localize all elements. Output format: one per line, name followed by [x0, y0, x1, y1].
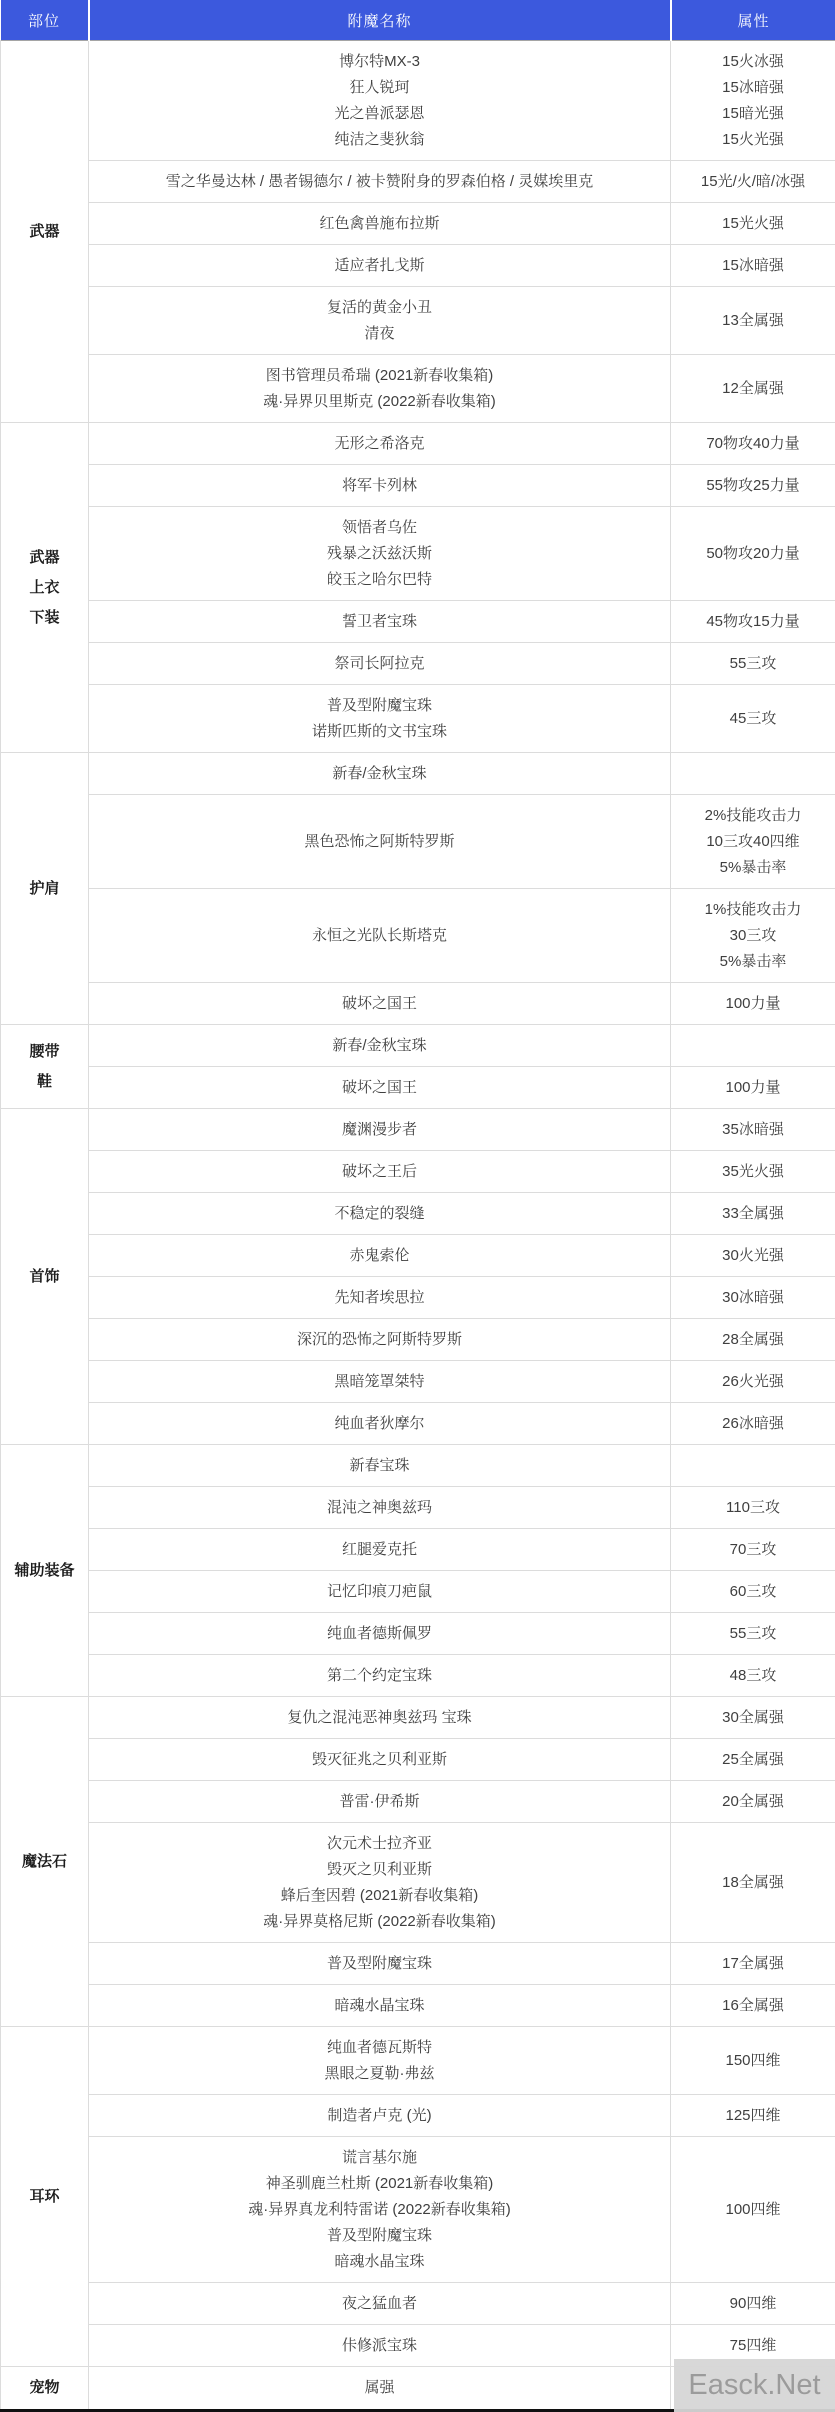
- attr-cell-line: 70三攻: [677, 1537, 829, 1563]
- attr-cell: 30全属强: [671, 1697, 835, 1739]
- table-row: 谎言基尔施神圣驯鹿兰杜斯 (2021新春收集箱)魂·异界真龙利特雷诺 (2022…: [1, 2137, 835, 2283]
- attr-cell-line: 33全属强: [677, 1201, 829, 1227]
- table-row: 红色禽兽施布拉斯15光火强: [1, 203, 835, 245]
- attr-cell-line: 5%暴击率: [677, 855, 829, 881]
- table-row: 护肩新春/金秋宝珠: [1, 753, 835, 795]
- attr-cell: [671, 753, 835, 795]
- name-cell-line: 纯血者德瓦斯特: [95, 2035, 664, 2061]
- name-cell-line: 破坏之王后: [95, 1159, 664, 1185]
- part-cell-line: 护肩: [7, 874, 82, 904]
- part-cell-line: 上衣: [7, 573, 82, 603]
- part-cell-line: 武器: [7, 543, 82, 573]
- name-cell: 毁灭征兆之贝利亚斯: [89, 1739, 671, 1781]
- name-cell-line: 将军卡列林: [95, 473, 664, 499]
- name-cell-line: 祭司长阿拉克: [95, 651, 664, 677]
- attr-cell: 1%技能攻击力30三攻5%暴击率: [671, 889, 835, 983]
- col-header-attr: 属性: [671, 0, 835, 41]
- name-cell: 黑色恐怖之阿斯特罗斯: [89, 795, 671, 889]
- part-cell-line: 鞋: [7, 1067, 82, 1097]
- attr-cell-line: 16全属强: [677, 1993, 829, 2019]
- table-row: 普雷·伊希斯20全属强: [1, 1781, 835, 1823]
- name-cell: 复活的黄金小丑清夜: [89, 287, 671, 355]
- part-cell: 首饰: [1, 1109, 89, 1445]
- attr-cell-line: 48三攻: [677, 1663, 829, 1689]
- attr-cell: 90四维: [671, 2283, 835, 2325]
- name-cell: 红腿爱克托: [89, 1529, 671, 1571]
- table-row: 腰带鞋新春/金秋宝珠: [1, 1025, 835, 1067]
- part-cell-line: 下装: [7, 603, 82, 633]
- table-row: 赤鬼索伦30火光强: [1, 1235, 835, 1277]
- name-cell: 新春/金秋宝珠: [89, 1025, 671, 1067]
- table-row: 永恒之光队长斯塔克1%技能攻击力30三攻5%暴击率: [1, 889, 835, 983]
- name-cell-line: 次元术士拉齐亚: [95, 1831, 664, 1857]
- attr-cell-line: 90四维: [677, 2291, 829, 2317]
- name-cell-line: 适应者扎戈斯: [95, 253, 664, 279]
- attr-cell-line: 25全属强: [677, 1747, 829, 1773]
- attr-cell-line: 75四维: [677, 2333, 829, 2359]
- name-cell-line: 属强: [95, 2375, 664, 2401]
- table-row: 暗魂水晶宝珠16全属强: [1, 1985, 835, 2027]
- table-row: 祭司长阿拉克55三攻: [1, 643, 835, 685]
- table-row: 制造者卢克 (光)125四维: [1, 2095, 835, 2137]
- attr-cell: 26冰暗强: [671, 1403, 835, 1445]
- name-cell-line: 破坏之国王: [95, 991, 664, 1017]
- attr-cell: 125四维: [671, 2095, 835, 2137]
- name-cell: 普及型附魔宝珠诺斯匹斯的文书宝珠: [89, 685, 671, 753]
- attr-cell-line: 150四维: [677, 2048, 829, 2074]
- attr-cell-line: 15火光强: [677, 127, 829, 153]
- watermark: Easck.Net: [674, 2359, 835, 2412]
- attr-cell-line: 15光火强: [677, 211, 829, 237]
- name-cell: 红色禽兽施布拉斯: [89, 203, 671, 245]
- name-cell: 赤鬼索伦: [89, 1235, 671, 1277]
- name-cell-line: 深沉的恐怖之阿斯特罗斯: [95, 1327, 664, 1353]
- attr-cell: 35光火强: [671, 1151, 835, 1193]
- name-cell-line: 混沌之神奥兹玛: [95, 1495, 664, 1521]
- part-cell-line: 魔法石: [7, 1847, 82, 1877]
- name-cell-line: 魔渊漫步者: [95, 1117, 664, 1143]
- table-row: 破坏之王后35光火强: [1, 1151, 835, 1193]
- name-cell-line: 毁灭征兆之贝利亚斯: [95, 1747, 664, 1773]
- attr-cell: 28全属强: [671, 1319, 835, 1361]
- attr-cell: 12全属强: [671, 355, 835, 423]
- name-cell: 新春宝珠: [89, 1445, 671, 1487]
- part-cell: 辅助装备: [1, 1445, 89, 1697]
- attr-cell-line: 26火光强: [677, 1369, 829, 1395]
- table-row: 纯血者德斯佩罗55三攻: [1, 1613, 835, 1655]
- table-row: 领悟者乌佐残暴之沃兹沃斯皎玉之哈尔巴特50物攻20力量: [1, 507, 835, 601]
- attr-cell-line: 100四维: [677, 2197, 829, 2223]
- attr-cell-line: 30三攻: [677, 923, 829, 949]
- attr-cell: 55三攻: [671, 643, 835, 685]
- table-row: 破坏之国王100力量: [1, 1067, 835, 1109]
- attr-cell-line: 20全属强: [677, 1789, 829, 1815]
- name-cell-line: 夜之猛血者: [95, 2291, 664, 2317]
- name-cell-line: 雪之华曼达林 / 愚者锡德尔 / 被卡赞附身的罗森伯格 / 灵媒埃里克: [95, 169, 664, 195]
- table-row: 破坏之国王100力量: [1, 983, 835, 1025]
- attr-cell: 30冰暗强: [671, 1277, 835, 1319]
- name-cell-line: 佧修派宝珠: [95, 2333, 664, 2359]
- name-cell: 不稳定的裂缝: [89, 1193, 671, 1235]
- attr-cell: [671, 1445, 835, 1487]
- attr-cell-line: 2%技能攻击力: [677, 803, 829, 829]
- attr-cell-line: 30火光强: [677, 1243, 829, 1269]
- attr-cell: 15冰暗强: [671, 245, 835, 287]
- attr-cell: 150四维: [671, 2027, 835, 2095]
- name-cell: 魔渊漫步者: [89, 1109, 671, 1151]
- attr-cell: 15光/火/暗/冰强: [671, 161, 835, 203]
- name-cell: 属强: [89, 2367, 671, 2411]
- name-cell-line: 毁灭之贝利亚斯: [95, 1857, 664, 1883]
- name-cell: 永恒之光队长斯塔克: [89, 889, 671, 983]
- name-cell-line: 狂人锐珂: [95, 75, 664, 101]
- name-cell-line: 谎言基尔施: [95, 2145, 664, 2171]
- table-row: 武器博尔特MX-3狂人锐珂光之兽派瑟恩纯洁之斐狄翁15火冰强15冰暗强15暗光强…: [1, 41, 835, 161]
- attr-cell-line: 100力量: [677, 991, 829, 1017]
- attr-cell: 45三攻: [671, 685, 835, 753]
- name-cell: 纯血者德瓦斯特黑眼之夏勒·弗兹: [89, 2027, 671, 2095]
- attr-cell-line: 125四维: [677, 2103, 829, 2129]
- name-cell-line: 光之兽派瑟恩: [95, 101, 664, 127]
- name-cell-line: 永恒之光队长斯塔克: [95, 923, 664, 949]
- table-row: 耳环纯血者德瓦斯特黑眼之夏勒·弗兹150四维: [1, 2027, 835, 2095]
- name-cell: 普及型附魔宝珠: [89, 1943, 671, 1985]
- attr-cell: 30火光强: [671, 1235, 835, 1277]
- table-row: 武器上衣下装无形之希洛克70物攻40力量: [1, 423, 835, 465]
- attr-cell: 55物攻25力量: [671, 465, 835, 507]
- name-cell: 夜之猛血者: [89, 2283, 671, 2325]
- table-row: 记忆印痕刀疤鼠60三攻: [1, 1571, 835, 1613]
- name-cell-line: 普及型附魔宝珠: [95, 693, 664, 719]
- table-row: 混沌之神奥兹玛110三攻: [1, 1487, 835, 1529]
- name-cell-line: 残暴之沃兹沃斯: [95, 541, 664, 567]
- attr-cell-line: 1%技能攻击力: [677, 897, 829, 923]
- attr-cell: 25全属强: [671, 1739, 835, 1781]
- table-row: 夜之猛血者90四维: [1, 2283, 835, 2325]
- name-cell-line: 复活的黄金小丑: [95, 295, 664, 321]
- watermark-text: Easck.Net: [688, 2369, 820, 2402]
- attr-cell-line: 26冰暗强: [677, 1411, 829, 1437]
- attr-cell-line: 18全属强: [677, 1870, 829, 1896]
- attr-cell-line: 110三攻: [677, 1495, 829, 1521]
- name-cell-line: 博尔特MX-3: [95, 49, 664, 75]
- name-cell-line: 新春/金秋宝珠: [95, 761, 664, 787]
- name-cell-line: 新春/金秋宝珠: [95, 1033, 664, 1059]
- attr-cell-line: 45三攻: [677, 706, 829, 732]
- table-row: 普及型附魔宝珠17全属强: [1, 1943, 835, 1985]
- table-row: 不稳定的裂缝33全属强: [1, 1193, 835, 1235]
- attr-cell-line: 70物攻40力量: [677, 431, 829, 457]
- part-cell: 护肩: [1, 753, 89, 1025]
- name-cell: 先知者埃思拉: [89, 1277, 671, 1319]
- attr-cell: 50物攻20力量: [671, 507, 835, 601]
- name-cell-line: 不稳定的裂缝: [95, 1201, 664, 1227]
- attr-cell-line: 55物攻25力量: [677, 473, 829, 499]
- attr-cell-line: 100力量: [677, 1075, 829, 1101]
- attr-cell: 70三攻: [671, 1529, 835, 1571]
- name-cell-line: 赤鬼索伦: [95, 1243, 664, 1269]
- name-cell-line: 蜂后奎因碧 (2021新春收集箱): [95, 1883, 664, 1909]
- attr-cell-line: 12全属强: [677, 376, 829, 402]
- attr-cell: 60三攻: [671, 1571, 835, 1613]
- attr-cell-line: 13全属强: [677, 308, 829, 334]
- attr-cell: 20全属强: [671, 1781, 835, 1823]
- name-cell: 暗魂水晶宝珠: [89, 1985, 671, 2027]
- name-cell: 图书管理员希瑞 (2021新春收集箱)魂·异界贝里斯克 (2022新春收集箱): [89, 355, 671, 423]
- attr-cell-line: 15光/火/暗/冰强: [677, 169, 829, 195]
- part-cell: 宠物: [1, 2367, 89, 2411]
- name-cell-line: 纯血者狄摩尔: [95, 1411, 664, 1437]
- name-cell-line: 新春宝珠: [95, 1453, 664, 1479]
- enchant-table: 部位 附魔名称 属性 武器博尔特MX-3狂人锐珂光之兽派瑟恩纯洁之斐狄翁15火冰…: [0, 0, 835, 2412]
- part-cell-line: 耳环: [7, 2182, 82, 2212]
- name-cell: 谎言基尔施神圣驯鹿兰杜斯 (2021新春收集箱)魂·异界真龙利特雷诺 (2022…: [89, 2137, 671, 2283]
- name-cell-line: 复仇之混沌恶神奥兹玛 宝珠: [95, 1705, 664, 1731]
- attr-cell: 35冰暗强: [671, 1109, 835, 1151]
- table-row: 复活的黄金小丑清夜13全属强: [1, 287, 835, 355]
- name-cell: 破坏之国王: [89, 983, 671, 1025]
- part-cell-line: 腰带: [7, 1037, 82, 1067]
- name-cell-line: 图书管理员希瑞 (2021新春收集箱): [95, 363, 664, 389]
- attr-cell: 48三攻: [671, 1655, 835, 1697]
- attr-cell: 15光火强: [671, 203, 835, 245]
- table-row: 辅助装备新春宝珠: [1, 1445, 835, 1487]
- name-cell: 破坏之国王: [89, 1067, 671, 1109]
- table-header-row: 部位 附魔名称 属性: [1, 0, 835, 41]
- attr-cell: 110三攻: [671, 1487, 835, 1529]
- attr-cell-line: 15冰暗强: [677, 253, 829, 279]
- attr-cell: 16全属强: [671, 1985, 835, 2027]
- part-cell: 魔法石: [1, 1697, 89, 2027]
- part-cell-line: 宠物: [7, 2373, 82, 2403]
- name-cell-line: 破坏之国王: [95, 1075, 664, 1101]
- table-row: 红腿爱克托70三攻: [1, 1529, 835, 1571]
- table-row: 将军卡列林55物攻25力量: [1, 465, 835, 507]
- attr-cell: 100力量: [671, 1067, 835, 1109]
- name-cell-line: 纯血者德斯佩罗: [95, 1621, 664, 1647]
- attr-cell: 2%技能攻击力10三攻40四维5%暴击率: [671, 795, 835, 889]
- attr-cell-line: 35光火强: [677, 1159, 829, 1185]
- name-cell-line: 领悟者乌佐: [95, 515, 664, 541]
- attr-cell-line: 28全属强: [677, 1327, 829, 1353]
- attr-cell-line: 15暗光强: [677, 101, 829, 127]
- part-cell: 武器上衣下装: [1, 423, 89, 753]
- attr-cell: 18全属强: [671, 1823, 835, 1943]
- attr-cell: 100四维: [671, 2137, 835, 2283]
- name-cell-line: 黑暗笼罩桀特: [95, 1369, 664, 1395]
- part-cell-line: 首饰: [7, 1262, 82, 1292]
- attr-cell: 45物攻15力量: [671, 601, 835, 643]
- name-cell: 复仇之混沌恶神奥兹玛 宝珠: [89, 1697, 671, 1739]
- name-cell: 祭司长阿拉克: [89, 643, 671, 685]
- name-cell: 领悟者乌佐残暴之沃兹沃斯皎玉之哈尔巴特: [89, 507, 671, 601]
- name-cell: 佧修派宝珠: [89, 2325, 671, 2367]
- table-row: 普及型附魔宝珠诺斯匹斯的文书宝珠45三攻: [1, 685, 835, 753]
- attr-cell-line: 55三攻: [677, 651, 829, 677]
- table-row: 纯血者狄摩尔26冰暗强: [1, 1403, 835, 1445]
- table-row: 黑暗笼罩桀特26火光强: [1, 1361, 835, 1403]
- name-cell-line: 黑眼之夏勒·弗兹: [95, 2061, 664, 2087]
- attr-cell-line: 30全属强: [677, 1705, 829, 1731]
- attr-cell-line: 50物攻20力量: [677, 541, 829, 567]
- table-row: 图书管理员希瑞 (2021新春收集箱)魂·异界贝里斯克 (2022新春收集箱)1…: [1, 355, 835, 423]
- table-body: 武器博尔特MX-3狂人锐珂光之兽派瑟恩纯洁之斐狄翁15火冰强15冰暗强15暗光强…: [1, 41, 835, 2411]
- part-cell-line: 武器: [7, 217, 82, 247]
- name-cell-line: 记忆印痕刀疤鼠: [95, 1579, 664, 1605]
- attr-cell-line: 55三攻: [677, 1621, 829, 1647]
- attr-cell: 55三攻: [671, 1613, 835, 1655]
- name-cell: 誓卫者宝珠: [89, 601, 671, 643]
- name-cell: 新春/金秋宝珠: [89, 753, 671, 795]
- name-cell-line: 普及型附魔宝珠: [95, 2223, 664, 2249]
- attr-cell-line: 17全属强: [677, 1951, 829, 1977]
- name-cell: 适应者扎戈斯: [89, 245, 671, 287]
- part-cell-line: 辅助装备: [7, 1556, 82, 1586]
- part-cell: 武器: [1, 41, 89, 423]
- name-cell-line: 皎玉之哈尔巴特: [95, 567, 664, 593]
- table-row: 深沉的恐怖之阿斯特罗斯28全属强: [1, 1319, 835, 1361]
- name-cell-line: 魂·异界贝里斯克 (2022新春收集箱): [95, 389, 664, 415]
- name-cell-line: 制造者卢克 (光): [95, 2103, 664, 2129]
- part-cell: 耳环: [1, 2027, 89, 2367]
- name-cell-line: 神圣驯鹿兰杜斯 (2021新春收集箱): [95, 2171, 664, 2197]
- col-header-name: 附魔名称: [89, 0, 671, 41]
- attr-cell-line: 45物攻15力量: [677, 609, 829, 635]
- name-cell: 无形之希洛克: [89, 423, 671, 465]
- name-cell-line: 暗魂水晶宝珠: [95, 1993, 664, 2019]
- table-row: 适应者扎戈斯15冰暗强: [1, 245, 835, 287]
- table-row: 誓卫者宝珠45物攻15力量: [1, 601, 835, 643]
- name-cell-line: 无形之希洛克: [95, 431, 664, 457]
- attr-cell: 33全属强: [671, 1193, 835, 1235]
- name-cell: 记忆印痕刀疤鼠: [89, 1571, 671, 1613]
- attr-cell-line: 10三攻40四维: [677, 829, 829, 855]
- name-cell: 破坏之王后: [89, 1151, 671, 1193]
- attr-cell: 100力量: [671, 983, 835, 1025]
- name-cell: 普雷·伊希斯: [89, 1781, 671, 1823]
- name-cell-line: 誓卫者宝珠: [95, 609, 664, 635]
- name-cell: 雪之华曼达林 / 愚者锡德尔 / 被卡赞附身的罗森伯格 / 灵媒埃里克: [89, 161, 671, 203]
- attr-cell: 26火光强: [671, 1361, 835, 1403]
- name-cell-line: 第二个约定宝珠: [95, 1663, 664, 1689]
- attr-cell-line: 5%暴击率: [677, 949, 829, 975]
- table-row: 毁灭征兆之贝利亚斯25全属强: [1, 1739, 835, 1781]
- attr-cell: 70物攻40力量: [671, 423, 835, 465]
- table-row: 雪之华曼达林 / 愚者锡德尔 / 被卡赞附身的罗森伯格 / 灵媒埃里克15光/火…: [1, 161, 835, 203]
- name-cell: 黑暗笼罩桀特: [89, 1361, 671, 1403]
- name-cell: 纯血者狄摩尔: [89, 1403, 671, 1445]
- name-cell: 纯血者德斯佩罗: [89, 1613, 671, 1655]
- table-row: 黑色恐怖之阿斯特罗斯2%技能攻击力10三攻40四维5%暴击率: [1, 795, 835, 889]
- attr-cell: 15火冰强15冰暗强15暗光强15火光强: [671, 41, 835, 161]
- name-cell-line: 普雷·伊希斯: [95, 1789, 664, 1815]
- name-cell: 将军卡列林: [89, 465, 671, 507]
- name-cell-line: 普及型附魔宝珠: [95, 1951, 664, 1977]
- table-row: 先知者埃思拉30冰暗强: [1, 1277, 835, 1319]
- attr-cell-line: 15冰暗强: [677, 75, 829, 101]
- name-cell: 博尔特MX-3狂人锐珂光之兽派瑟恩纯洁之斐狄翁: [89, 41, 671, 161]
- attr-cell-line: 35冰暗强: [677, 1117, 829, 1143]
- name-cell: 第二个约定宝珠: [89, 1655, 671, 1697]
- attr-cell-line: 15火冰强: [677, 49, 829, 75]
- name-cell: 制造者卢克 (光): [89, 2095, 671, 2137]
- name-cell: 混沌之神奥兹玛: [89, 1487, 671, 1529]
- name-cell: 次元术士拉齐亚毁灭之贝利亚斯蜂后奎因碧 (2021新春收集箱)魂·异界莫格尼斯 …: [89, 1823, 671, 1943]
- attr-cell-line: 60三攻: [677, 1579, 829, 1605]
- part-cell: 腰带鞋: [1, 1025, 89, 1109]
- name-cell-line: 清夜: [95, 321, 664, 347]
- table-row: 魔法石复仇之混沌恶神奥兹玛 宝珠30全属强: [1, 1697, 835, 1739]
- table-row: 首饰魔渊漫步者35冰暗强: [1, 1109, 835, 1151]
- name-cell-line: 暗魂水晶宝珠: [95, 2249, 664, 2275]
- table-row: 第二个约定宝珠48三攻: [1, 1655, 835, 1697]
- col-header-part: 部位: [1, 0, 89, 41]
- name-cell-line: 纯洁之斐狄翁: [95, 127, 664, 153]
- name-cell-line: 先知者埃思拉: [95, 1285, 664, 1311]
- attr-cell-line: 30冰暗强: [677, 1285, 829, 1311]
- name-cell-line: 红色禽兽施布拉斯: [95, 211, 664, 237]
- attr-cell: 17全属强: [671, 1943, 835, 1985]
- attr-cell: [671, 1025, 835, 1067]
- table-row: 次元术士拉齐亚毁灭之贝利亚斯蜂后奎因碧 (2021新春收集箱)魂·异界莫格尼斯 …: [1, 1823, 835, 1943]
- name-cell-line: 魂·异界莫格尼斯 (2022新春收集箱): [95, 1909, 664, 1935]
- page: 部位 附魔名称 属性 武器博尔特MX-3狂人锐珂光之兽派瑟恩纯洁之斐狄翁15火冰…: [0, 0, 835, 2412]
- name-cell-line: 红腿爱克托: [95, 1537, 664, 1563]
- name-cell-line: 魂·异界真龙利特雷诺 (2022新春收集箱): [95, 2197, 664, 2223]
- attr-cell: 13全属强: [671, 287, 835, 355]
- name-cell-line: 诺斯匹斯的文书宝珠: [95, 719, 664, 745]
- name-cell: 深沉的恐怖之阿斯特罗斯: [89, 1319, 671, 1361]
- name-cell-line: 黑色恐怖之阿斯特罗斯: [95, 829, 664, 855]
